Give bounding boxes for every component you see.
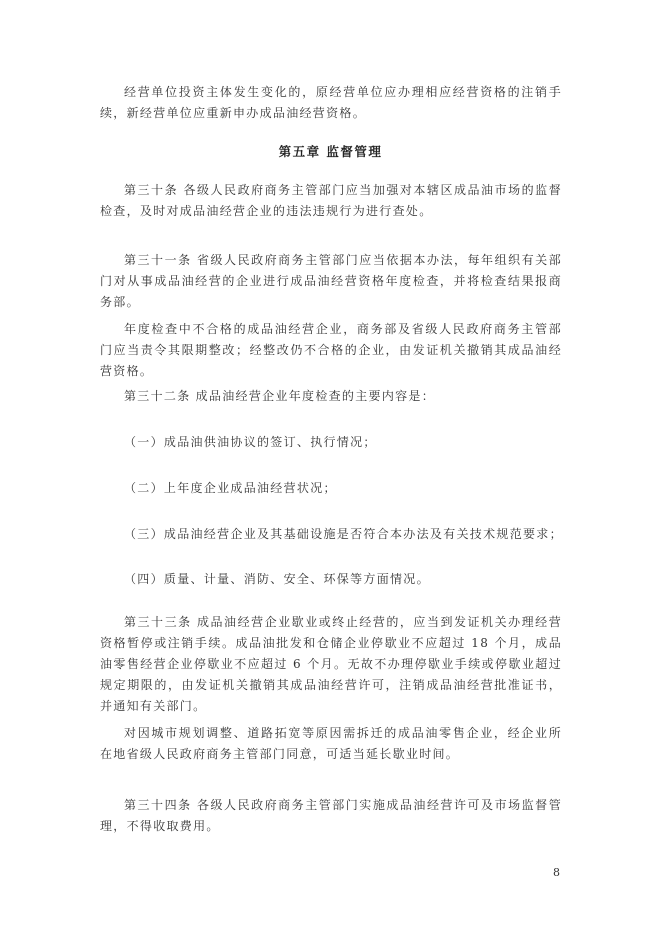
list-item-2: （二）上年度企业成品油经营状况； xyxy=(124,478,564,499)
paragraph-relocation: 对因城市规划调整、道路拓宽等原因需拆迁的成品油零售企业，经企业所在地省级人民政府… xyxy=(100,723,562,765)
list-item-1: （一）成品油供油协议的签订、执行情况； xyxy=(124,432,564,453)
list-item-4: （四）质量、计量、消防、安全、环保等方面情况。 xyxy=(124,569,564,590)
article-34: 第三十四条 各级人民政府商务主管部门实施成品油经营许可及市场监督管理，不得收取费… xyxy=(100,795,562,837)
list-item-3: （三）成品油经营企业及其基础设施是否符合本办法及有关技术规范要求； xyxy=(124,524,564,545)
page-number: 8 xyxy=(553,866,560,879)
document-page: 经营单位投资主体发生变化的，原经营单位应办理相应经营资格的注销手续，新经营单位应… xyxy=(0,0,661,935)
article-31: 第三十一条 省级人民政府商务主管部门应当依据本办法，每年组织有关部门对从事成品油… xyxy=(100,250,562,313)
paragraph-business-change: 经营单位投资主体发生变化的，原经营单位应办理相应经营资格的注销手续，新经营单位应… xyxy=(100,82,562,124)
chapter-heading: 第五章 监督管理 xyxy=(0,142,661,160)
article-32: 第三十二条 成品油经营企业年度检查的主要内容是： xyxy=(100,386,562,407)
paragraph-annual-inspection: 年度检查中不合格的成品油经营企业，商务部及省级人民政府商务主管部门应当责令其限期… xyxy=(100,319,562,382)
article-30: 第三十条 各级人民政府商务主管部门应当加强对本辖区成品油市场的监督检查，及时对成… xyxy=(100,180,562,222)
article-33: 第三十三条 成品油经营企业歇业或终止经营的，应当到发证机关办理经营资格暂停或注销… xyxy=(100,612,562,717)
